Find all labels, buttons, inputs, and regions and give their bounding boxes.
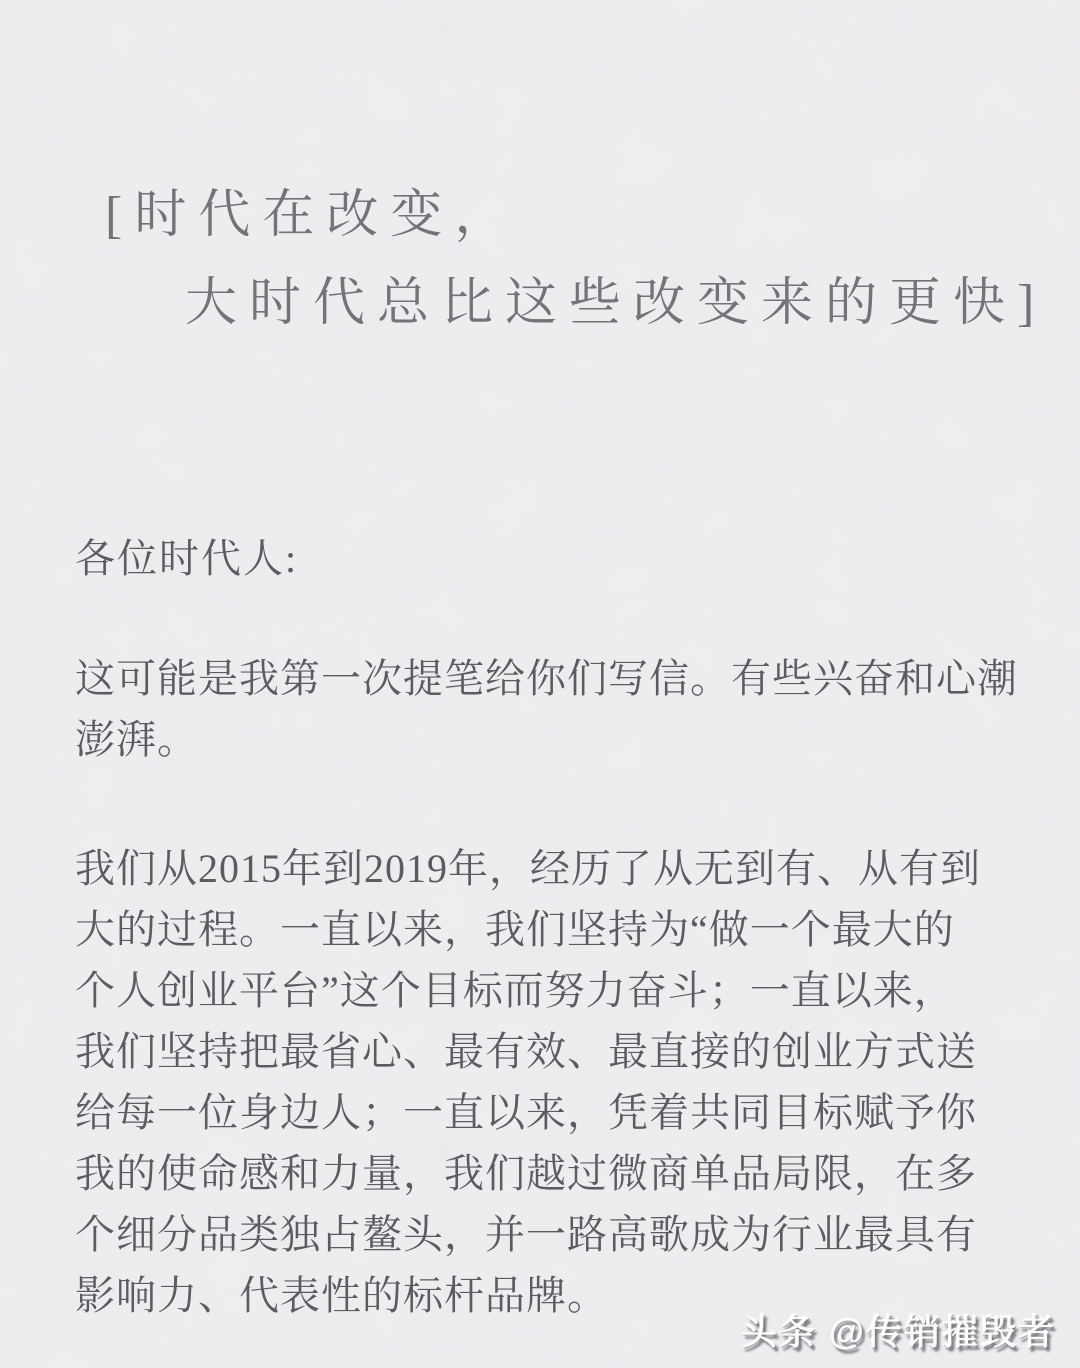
body-line: 大的过程。一直以来，我们坚持为“做一个最大的	[75, 899, 981, 960]
letter-paragraph-2: 我们从2015年到2019年，经历了从无到有、从有到 大的过程。一直以来，我们坚…	[75, 838, 981, 1326]
title-line: [时代在改变，	[105, 172, 1046, 260]
letter-title: [时代在改变， 大时代总比这些改变来的更快]	[105, 172, 1046, 348]
letter-paragraph-1: 这可能是我第一次提笔给你们写信。有些兴奋和心潮 澎湃。	[75, 648, 1018, 770]
letter-greeting: 各位时代人:	[75, 528, 298, 589]
body-line: 我们坚持把最省心、最有效、最直接的创业方式送	[75, 1021, 981, 1082]
letter-content: [时代在改变， 大时代总比这些改变来的更快] 各位时代人: 这可能是我第一次提笔…	[0, 0, 1080, 1368]
letter-page: [时代在改变， 大时代总比这些改变来的更快] 各位时代人: 这可能是我第一次提笔…	[0, 0, 1080, 1368]
body-line: 我们从2015年到2019年，经历了从无到有、从有到	[75, 838, 981, 899]
title-line: 大时代总比这些改变来的更快]	[105, 260, 1046, 348]
body-line: 个细分品类独占鳌头，并一路高歌成为行业最具有	[75, 1204, 981, 1265]
body-line: 澎湃。	[75, 709, 1018, 770]
body-line: 给每一位身边人；一直以来，凭着共同目标赋予你	[75, 1082, 981, 1143]
body-line: 我的使命感和力量，我们越过微商单品局限，在多	[75, 1143, 981, 1204]
body-line: 这可能是我第一次提笔给你们写信。有些兴奋和心潮	[75, 648, 1018, 709]
body-line: 个人创业平台”这个目标而努力奋斗；一直以来，	[75, 960, 981, 1021]
toutiao-watermark: 头条 @传销摧毁者	[741, 1304, 1056, 1355]
